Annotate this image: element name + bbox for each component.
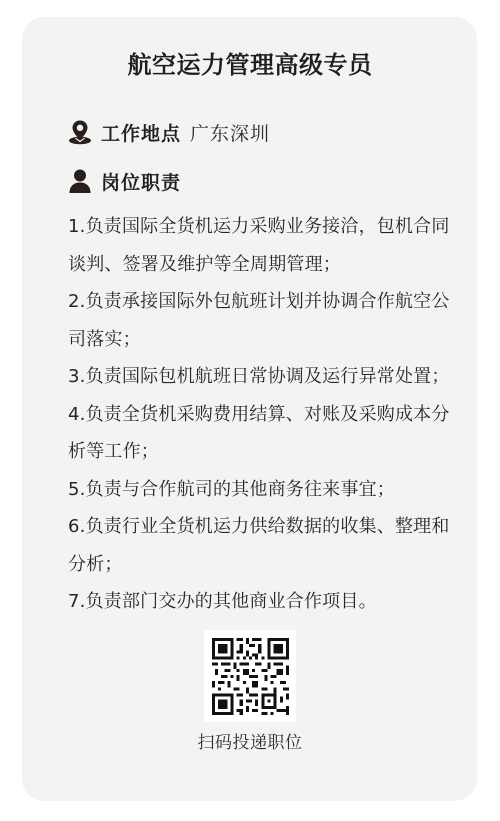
user-icon (68, 168, 92, 194)
location-row: 工作地点 广东深圳 (68, 117, 270, 147)
map-pin-icon (68, 119, 92, 145)
duty-item: 1.负责国际全货机运力采购业务接洽，包机合同谈判、签署及维护等全周期管理； (68, 208, 456, 283)
duties-list: 1.负责国际全货机运力采购业务接洽，包机合同谈判、签署及维护等全周期管理； 2.… (68, 208, 456, 621)
duty-item: 2.负责承接国际外包航班计划并协调合作航空公司落实； (68, 283, 456, 358)
duty-item: 6.负责行业全货机运力供给数据的收集、整理和分析； (68, 508, 456, 583)
qr-code-icon (212, 638, 289, 715)
qr-caption: 扫码投递职位 (0, 731, 500, 755)
qr-code[interactable] (204, 630, 296, 722)
job-title: 航空运力管理高级专员 (0, 48, 500, 82)
duties-label: 岗位职责 (101, 168, 181, 195)
duties-header-row: 岗位职责 (68, 166, 181, 196)
duty-item: 7.负责部门交办的其他商业合作项目。 (68, 583, 456, 621)
duty-item: 4.负责全货机采购费用结算、对账及采购成本分析等工作； (68, 396, 456, 471)
duty-item: 3.负责国际包机航班日常协调及运行异常处置； (68, 358, 456, 396)
location-value: 广东深圳 (190, 119, 270, 146)
location-label: 工作地点 (101, 119, 181, 146)
duty-item: 5.负责与合作航司的其他商务往来事宜； (68, 471, 456, 509)
